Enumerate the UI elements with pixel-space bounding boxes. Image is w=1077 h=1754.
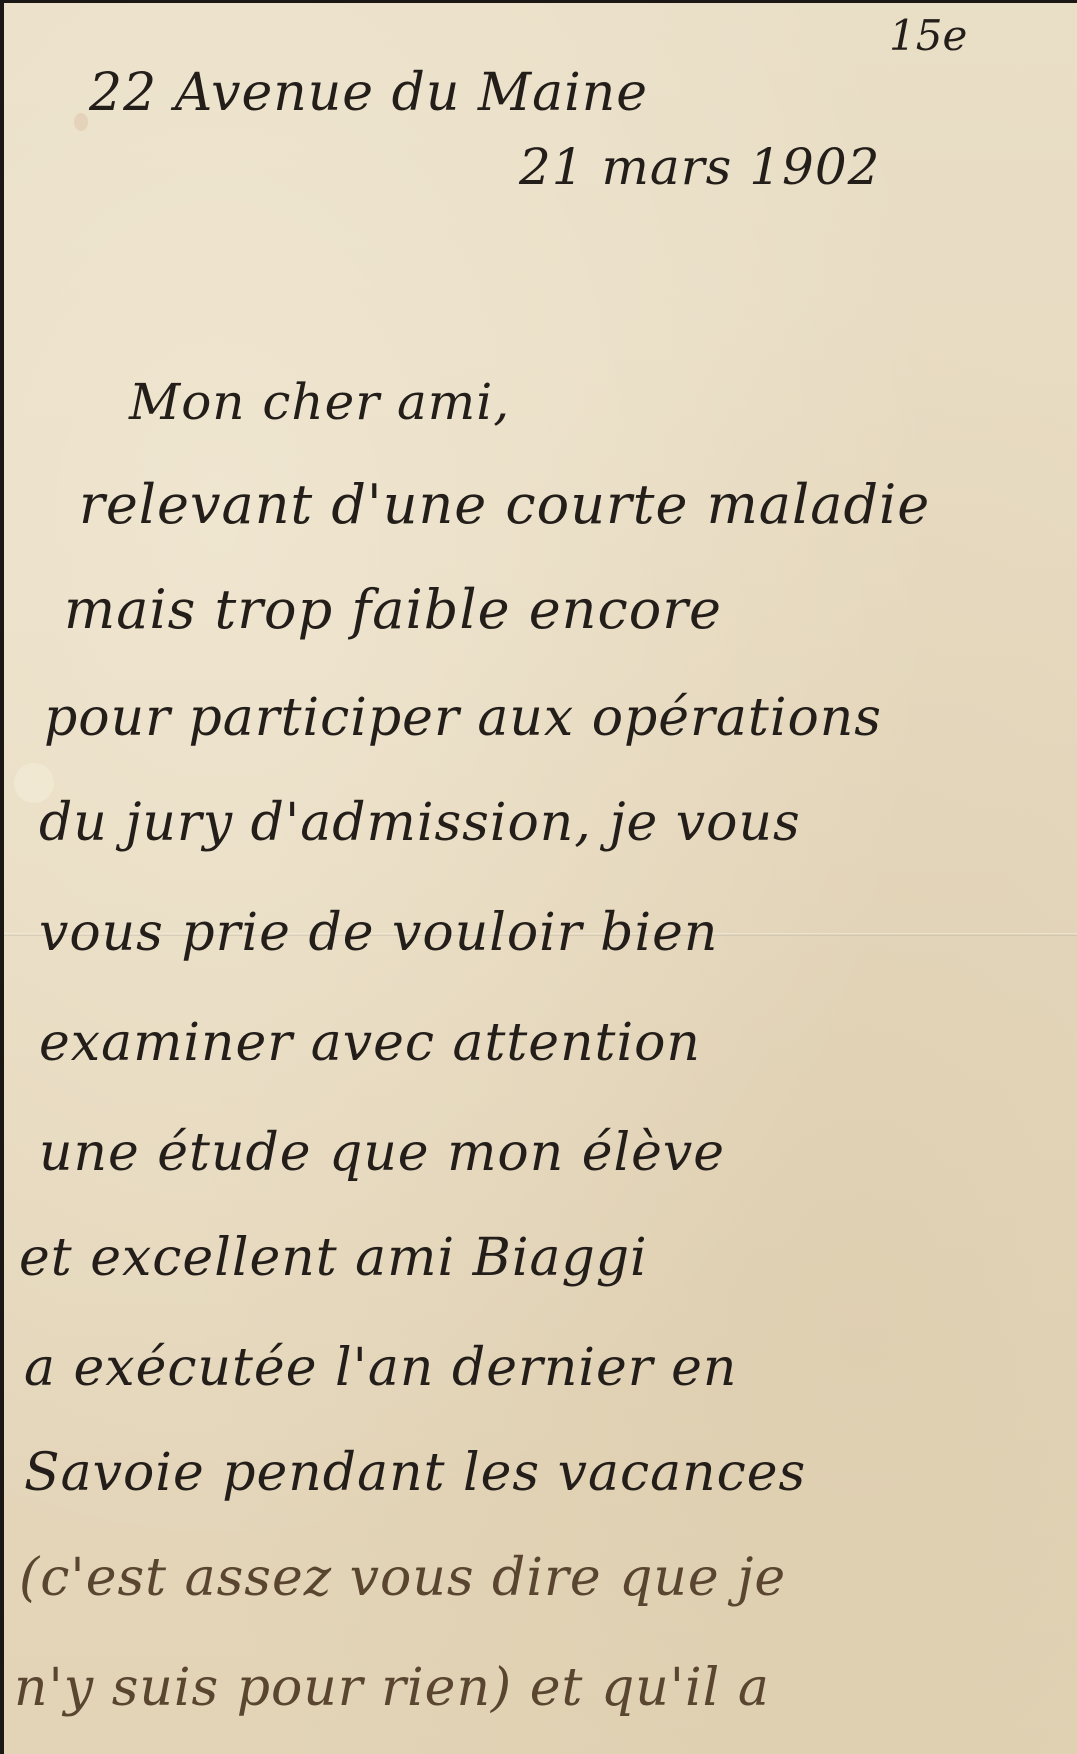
letter-body-line: mais trop faible encore (64, 578, 722, 641)
letter-salutation: Mon cher ami, (129, 373, 510, 431)
letter-page: 15e 22 Avenue du Maine 21 mars 1902 Mon … (0, 0, 1077, 1754)
letter-body-line: pour participer aux opérations (44, 688, 882, 748)
letter-body-line: Savoie pendant les vacances (24, 1443, 806, 1503)
letter-body-line: (c'est assez vous dire que je (19, 1548, 786, 1608)
letter-body-line: relevant d'une courte maladie (79, 473, 930, 536)
letter-body-line: examiner avec attention (39, 1013, 701, 1073)
letter-address: 22 Avenue du Maine (89, 63, 648, 123)
paper-stain (74, 113, 88, 131)
sheet-number: 15e (889, 11, 967, 60)
letter-body-line: a exécutée l'an dernier en (24, 1338, 737, 1398)
letter-date: 21 mars 1902 (519, 138, 880, 196)
letter-body-line: n'y suis pour rien) et qu'il a (14, 1658, 770, 1718)
letter-body-line: du jury d'admission, je vous (39, 793, 801, 853)
letter-body-line: et excellent ami Biaggi (19, 1228, 648, 1288)
letter-body-line: vous prie de vouloir bien (39, 903, 718, 963)
letter-body-line: une étude que mon élève (39, 1123, 725, 1183)
